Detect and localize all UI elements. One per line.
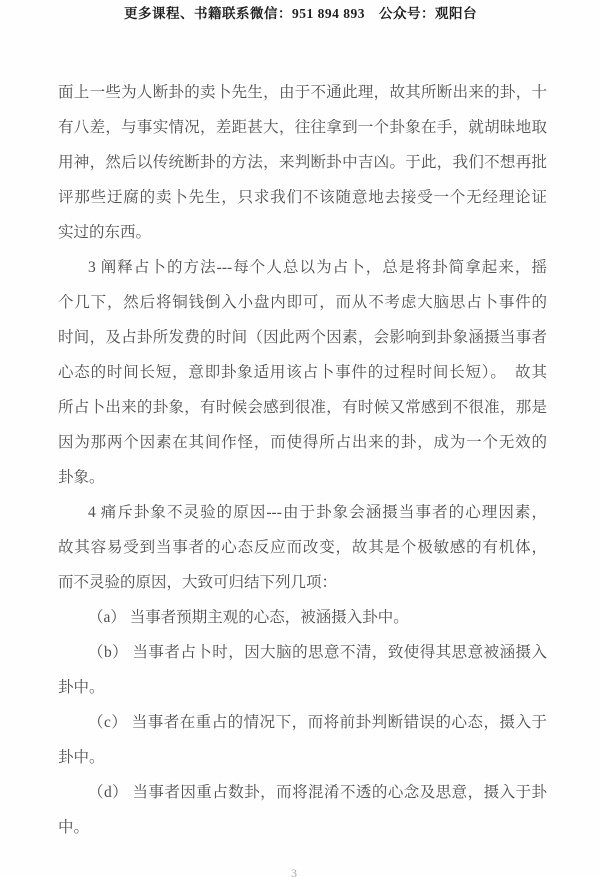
page-header: 更多课程、书籍联系微信：951 894 893 公众号：观阳台: [0, 2, 601, 22]
text-line: （c） 当事者在重占的情况下，而将前卦判断错误的心态，摄入于: [58, 705, 547, 740]
text-line: 因为那两个因素在其间作怪，而使得所占出来的卦，成为一个无效的: [58, 425, 547, 460]
text-line: 故其容易受到当事者的心态反应而改变，故其是个极敏感的有机体，: [58, 530, 547, 565]
text-line: （b） 当事者占卜时，因大脑的思意不清，致使得其思意被涵摄入: [58, 635, 547, 670]
page-number: 3: [287, 866, 301, 877]
text-line: （d） 当事者因重占数卦，而将混淆不透的心念及思意，摄入于卦: [58, 775, 547, 810]
text-line: 所占卜出来的卦象，有时候会感到很准，有时候又常感到不很准，那是: [58, 390, 547, 425]
text-line: 用神，然后以传统断卦的方法，来判断卦中吉凶。于此，我们不想再批: [58, 145, 547, 180]
text-line: 卦中。: [58, 670, 547, 705]
document-lines: 面上一些为人断卦的卖卜先生，由于不通此理，故其所断出来的卦，十有八差，与事实情况…: [58, 75, 547, 845]
text-line: 有八差，与事实情况，差距甚大，往往拿到一个卦象在手，就胡昧地取: [58, 110, 547, 145]
text-line: 中。: [58, 810, 547, 845]
text-line: 4 痛斥卦象不灵验的原因---由于卦象会涵摄当事者的心理因素，: [58, 495, 547, 530]
text-line: 个几下，然后将铜钱倒入小盘内即可，而从不考虑大脑思占卜事件的: [58, 285, 547, 320]
text-line: 卦中。: [58, 740, 547, 775]
text-line: 卦象。: [58, 460, 547, 495]
text-line: （a） 当事者预期主观的心态，被涵摄入卦中。: [58, 600, 547, 635]
text-line: 心态的时间长短，意即卦象适用该占卜事件的过程时间长短）。 故其: [58, 355, 547, 390]
text-line: 评那些迂腐的卖卜先生，只求我们不该随意地去接受一个无经理论证: [58, 180, 547, 215]
text-line: 而不灵验的原因，大致可归结下列几项：: [58, 565, 547, 600]
text-line: 3 阐释占卜的方法---每个人总以为占卜，总是将卦简拿起来，摇: [58, 250, 547, 285]
text-line: 实过的东西。: [58, 215, 547, 250]
document-page: 更多课程、书籍联系微信：951 894 893 公众号：观阳台 面上一些为人断卦…: [0, 0, 601, 877]
text-line: 面上一些为人断卦的卖卜先生，由于不通此理，故其所断出来的卦，十: [58, 75, 547, 110]
text-line: 时间，及占卦所发费的时间（因此两个因素，会影响到卦象涵摄当事者: [58, 320, 547, 355]
